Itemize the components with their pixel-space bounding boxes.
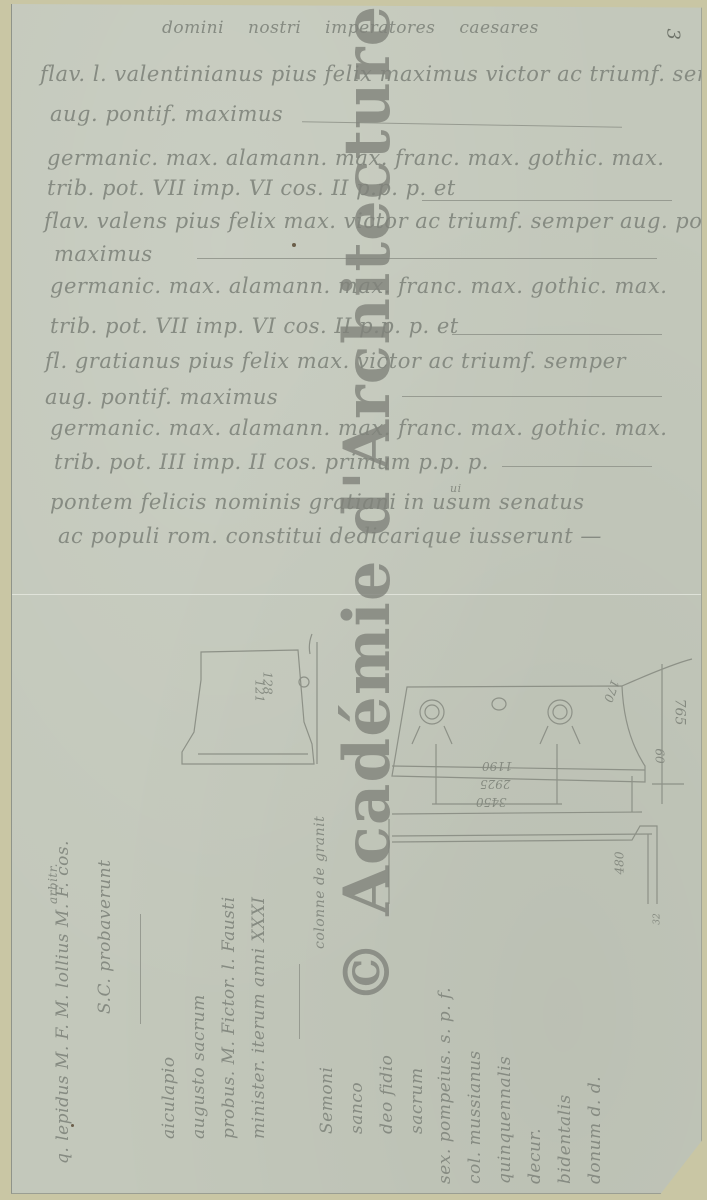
rotated-line: col. mussianus (460, 987, 490, 1184)
rule-line (402, 396, 662, 397)
rotated-line: minister. iterum anni XXXI (244, 896, 274, 1139)
page-number: 3 (662, 29, 683, 41)
dimension-label: 765 (671, 699, 687, 726)
rotated-line: quinquennalis (490, 987, 520, 1184)
watermark: © Académie d'Architecture (330, 5, 405, 1004)
ink-spot (292, 243, 296, 247)
ink-spot (71, 1124, 74, 1127)
rule-line (299, 964, 300, 1039)
dimension-label: 1190 (482, 759, 513, 773)
dimension-label: 32 (653, 913, 663, 924)
dimension-label: 121 (252, 680, 266, 703)
rotated-line: sanco (342, 1055, 372, 1134)
dimension-label: 480 (612, 852, 626, 875)
rotated-line: donum d. d. (580, 987, 610, 1184)
dimension-label: 60 (653, 748, 667, 763)
rule-line (452, 334, 662, 335)
dimension-label: 2925 (480, 777, 511, 791)
rule-line (197, 258, 657, 259)
rotated-line: Semoni (312, 1055, 342, 1134)
rotated-line: decur. (520, 987, 550, 1184)
rotated-line: aiculapio (154, 896, 184, 1139)
text-line-10: aug. pontif. maximus (45, 385, 278, 409)
rotated-line: probus. M. Fictor. l. Fausti (214, 896, 244, 1139)
rotated-line: sacrum (402, 1055, 432, 1134)
dimension-label: 3450 (476, 795, 507, 809)
text-line-2: aug. pontif. maximus (50, 102, 283, 126)
text-line-12: trib. pot. III imp. II cos. primum p.p. … (54, 450, 489, 474)
manuscript-page: 3 domini nostri imperatores caesares fla… (11, 4, 702, 1194)
rule-line (422, 200, 672, 201)
rotated-line: sex. pompeius. s. p. f. (430, 987, 460, 1184)
rotated-column-5: Semoni sanco deo fidio sacrum (312, 1055, 432, 1134)
rotated-line: bidentalis (550, 987, 580, 1184)
text-line-6: maximus (54, 242, 153, 266)
text-line-13: pontem felicis nominis gratiani in usum … (50, 490, 585, 514)
rotated-line: augusto sacrum (184, 896, 214, 1139)
rotated-column-3: aiculapio augusto sacrum probus. M. Fict… (154, 896, 274, 1139)
rotated-column-6: sex. pompeius. s. p. f. col. mussianus q… (430, 987, 610, 1184)
rule-line (502, 466, 652, 467)
rule-line (140, 914, 141, 1024)
rotated-line: deo fidio (372, 1055, 402, 1134)
